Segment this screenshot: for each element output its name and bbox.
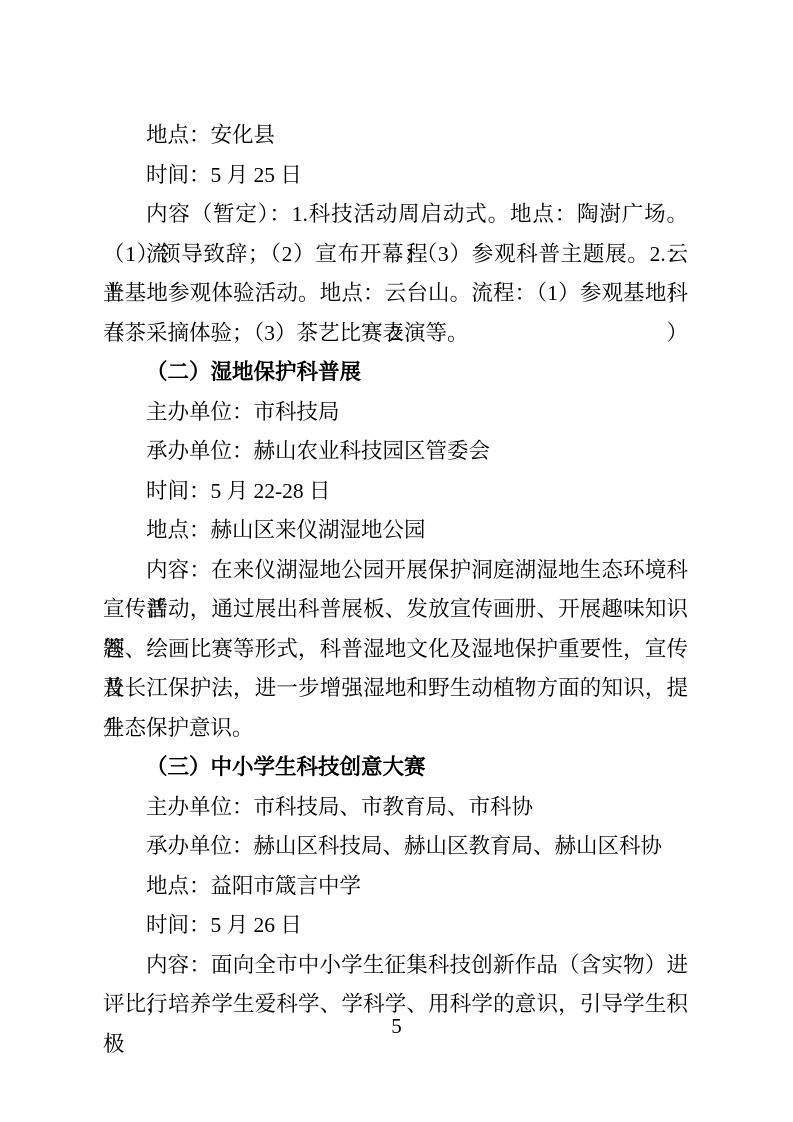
document-line: （1）领导致辞；（2）宣布开幕；（3）参观科普主题展。2.云上科 (103, 235, 688, 275)
document-line: 承办单位：赫山农业科技园区管委会 (103, 432, 688, 472)
document-line: 生态保护意识。 (103, 709, 688, 749)
document-line: 时间：5 月 26 日 (103, 906, 688, 946)
document-line: 承办单位：赫山区科技局、赫山区教育局、赫山区科协 (103, 827, 688, 867)
document-line: 内容（暂定）：1.科技活动周启动式。地点：陶澍广场。流程： (103, 195, 688, 235)
document-line: 地点：赫山区来仪湖湿地公园 (103, 511, 688, 551)
document-line: 内容：在来仪湖湿地公园开展保护洞庭湖湿地生态环境科普 (103, 551, 688, 591)
document-line: 时间：5 月 22-28 日 (103, 472, 688, 512)
document-line: 内容：面向全市中小学生征集科技创新作品（含实物）进行 (103, 946, 688, 986)
document-line: 主办单位：市科技局、市教育局、市科协 (103, 788, 688, 828)
document-line: 主办单位：市科技局 (103, 393, 688, 433)
text-column: 地点：安化县时间：5 月 25 日内容（暂定）：1.科技活动周启动式。地点：陶澍… (103, 116, 688, 1025)
document-line: 及长江保护法，进一步增强湿地和野生动植物方面的知识，提升 (103, 669, 688, 709)
document-line: 宣传活动，通过展出科普展板、发放宣传画册、开展趣味知识答 (103, 590, 688, 630)
document-line: 普基地参观体验活动。地点：云台山。流程：（1）参观基地；（2） (103, 274, 688, 314)
document-line: 题、绘画比赛等形式，科普湿地文化及湿地保护重要性，宣传普 (103, 630, 688, 670)
document-line: 地点：益阳市箴言中学 (103, 867, 688, 907)
document-line: 地点：安化县 (103, 116, 688, 156)
section-heading: （三）中小学生科技创意大赛 (103, 748, 688, 788)
document-line: 时间：5 月 25 日 (103, 156, 688, 196)
document-page: 地点：安化县时间：5 月 25 日内容（暂定）：1.科技活动周启动式。地点：陶澍… (0, 0, 793, 1122)
page-number: 5 (0, 1012, 793, 1040)
section-heading: （二）湿地保护科普展 (103, 353, 688, 393)
